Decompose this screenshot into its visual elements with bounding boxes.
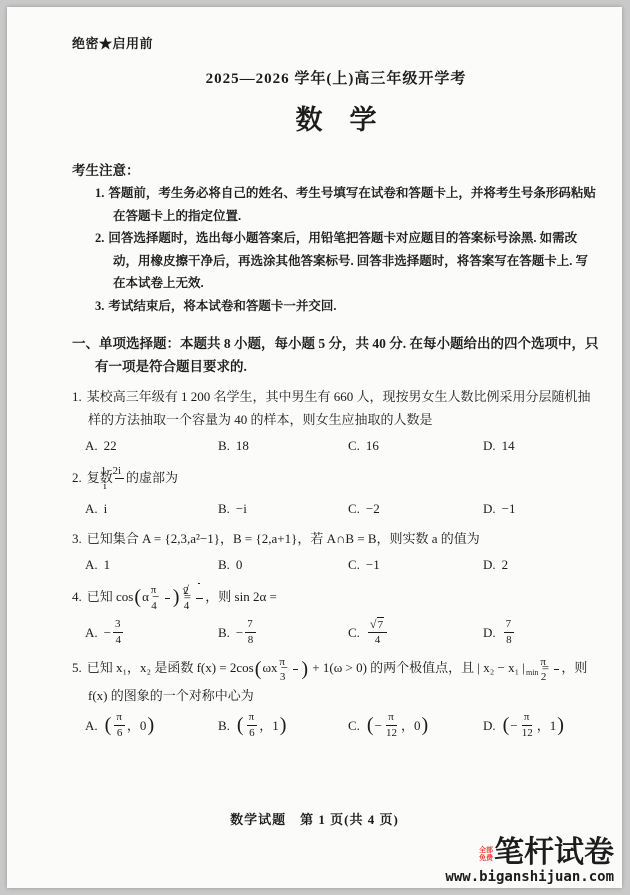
question-stem-text: 已知集合 A = {2,3,a²−1}，B = {2,a+1}，若 A∩B = … [87, 531, 480, 546]
question-stem: 3.已知集合 A = {2,3,a²−1}，B = {2,a+1}，若 A∩B … [72, 527, 600, 550]
question-stem: 5.已知 x₁，x₂ 是函数 f(x) = 2cos(ωx − π3) + 1(… [72, 655, 600, 708]
option-value: (π6，0) [104, 710, 156, 740]
notice-item: 2.回答选择题时，选出每小题答案后，用铅笔把答题卡对应题目的答案标号涂黑. 如需… [95, 227, 600, 295]
option-label: A. [85, 714, 98, 737]
option-value: (−π12，0) [366, 710, 429, 740]
option-value: 2 [502, 553, 509, 576]
notice-item: 1.答题前，考生务必将自己的姓名、考生号填写在试卷和答题卡上，并将考生号条形码粘… [95, 182, 600, 227]
option-label: C. [348, 714, 360, 737]
page-footer: 数学试题 第 1 页(共 4 页) [7, 809, 622, 828]
exam-paper-page: 绝密★启用前 2025—2026 学年(上)高三年级开学考 数 学 考生注意： … [7, 7, 622, 888]
option-label: C. [348, 553, 360, 576]
option-d: D.14 [483, 434, 600, 457]
question-stem-text: 已知 cos(α − π4) = √24，则 sin 2α = [87, 589, 277, 604]
option-value: −2 [366, 497, 380, 520]
option-a: A.−34 [85, 617, 218, 647]
option-d: D.−1 [483, 497, 600, 520]
question-number: 4. [72, 589, 82, 604]
notice-item-number: 2. [95, 231, 104, 245]
option-a: A.1 [85, 553, 218, 576]
option-label: B. [218, 497, 230, 520]
option-c: C.16 [348, 434, 483, 457]
option-value: −34 [104, 617, 126, 647]
question-number: 1. [72, 389, 82, 404]
option-label: B. [218, 621, 230, 644]
option-label: D. [483, 497, 496, 520]
watermark-top-row: 全部免费 笔杆试卷 [445, 838, 614, 868]
option-value: −1 [366, 553, 380, 576]
option-d: D.(−π12，1) [483, 710, 600, 740]
option-c: C.−2 [348, 497, 483, 520]
options-row: A.(π6，0) B.(π6，1) C.(−π12，0) D.(−π12，1) [72, 710, 600, 740]
section-one-heading: 一、单项选择题：本题共 8 小题，每小题 5 分，共 40 分. 在每小题给出的… [72, 332, 600, 378]
option-value: 0 [236, 553, 243, 576]
options-row: A.22 B.18 C.16 D.14 [72, 434, 600, 457]
section-number: 一、 [72, 336, 99, 351]
exam-session-title: 2025—2026 学年(上)高三年级开学考 [72, 67, 600, 88]
question-number: 2. [72, 470, 82, 485]
option-label: A. [85, 621, 98, 644]
option-value: 78 [502, 617, 517, 647]
option-label: B. [218, 553, 230, 576]
option-value: √74 [366, 617, 389, 648]
option-value: 22 [104, 434, 117, 457]
question-5: 5.已知 x₁，x₂ 是函数 f(x) = 2cos(ωx − π3) + 1(… [72, 655, 600, 740]
option-label: B. [218, 714, 230, 737]
option-label: C. [348, 434, 360, 457]
question-stem-text: 复数1−2ii的虚部为 [87, 470, 178, 485]
notice-item-number: 3. [95, 299, 104, 313]
option-label: B. [218, 434, 230, 457]
option-c: C.√74 [348, 617, 483, 648]
question-3: 3.已知集合 A = {2,3,a²−1}，B = {2,a+1}，若 A∩B … [72, 527, 600, 576]
question-number: 5. [72, 660, 82, 675]
option-a: A.i [85, 497, 218, 520]
option-label: D. [483, 434, 496, 457]
options-row: A.i B.−i C.−2 D.−1 [72, 497, 600, 520]
option-value: 14 [502, 434, 515, 457]
question-stem: 1.某校高三年级有 1 200 名学生，其中男生有 660 人，现按男女生人数比… [72, 385, 600, 431]
option-label: A. [85, 434, 98, 457]
question-stem: 4.已知 cos(α − π4) = √24，则 sin 2α = [72, 583, 600, 614]
notice-item-text: 答题前，考生务必将自己的姓名、考生号填写在试卷和答题卡上，并将考生号条形码粘贴在… [108, 186, 596, 223]
question-stem: 2.复数1−2ii的虚部为 [72, 464, 600, 494]
options-row: A.1 B.0 C.−1 D.2 [72, 553, 600, 576]
option-b: B.(π6，1) [218, 710, 348, 740]
option-value: (π6，1) [236, 710, 288, 740]
notice-title: 考生注意： [72, 159, 600, 182]
watermark-url: www.biganshijuan.com [445, 868, 614, 886]
question-2: 2.复数1−2ii的虚部为 A.i B.−i C.−2 D.−1 [72, 464, 600, 520]
candidate-notice: 考生注意： 1.答题前，考生务必将自己的姓名、考生号填写在试卷和答题卡上，并将考… [72, 159, 600, 317]
question-1: 1.某校高三年级有 1 200 名学生，其中男生有 660 人，现按男女生人数比… [72, 385, 600, 457]
option-value: −1 [502, 497, 516, 520]
option-b: B.18 [218, 434, 348, 457]
question-stem-text: 某校高三年级有 1 200 名学生，其中男生有 660 人，现按男女生人数比例采… [87, 389, 591, 427]
option-b: B.0 [218, 553, 348, 576]
option-label: C. [348, 621, 360, 644]
option-c: C.−1 [348, 553, 483, 576]
notice-items: 1.答题前，考生务必将自己的姓名、考生号填写在试卷和答题卡上，并将考生号条形码粘… [72, 182, 600, 317]
option-value: (−π12，1) [502, 710, 565, 740]
options-row: A.−34 B.−78 C.√74 D.78 [72, 617, 600, 648]
watermark: 全部免费 笔杆试卷 www.biganshijuan.com [445, 838, 614, 886]
option-label: C. [348, 497, 360, 520]
option-b: B.−78 [218, 617, 348, 647]
option-b: B.−i [218, 497, 348, 520]
option-a: A.22 [85, 434, 218, 457]
watermark-free-badge: 全部免费 [477, 847, 493, 862]
option-value: i [104, 497, 108, 520]
option-label: D. [483, 714, 496, 737]
question-stem-text: 已知 x₁，x₂ 是函数 f(x) = 2cos(ωx − π3) + 1(ω … [87, 660, 588, 703]
notice-item: 3.考试结束后，将本试卷和答题卡一并交回. [95, 295, 600, 318]
option-c: C.(−π12，0) [348, 710, 483, 740]
option-label: D. [483, 621, 496, 644]
section-heading-text: 单项选择题：本题共 8 小题，每小题 5 分，共 40 分. 在每小题给出的四个… [95, 336, 599, 374]
question-4: 4.已知 cos(α − π4) = √24，则 sin 2α = A.−34 … [72, 583, 600, 648]
option-label: A. [85, 553, 98, 576]
notice-item-text: 回答选择题时，选出每小题答案后，用铅笔把答题卡对应题目的答案标号涂黑. 如需改动… [108, 231, 588, 290]
question-number: 3. [72, 531, 82, 546]
option-value: 16 [366, 434, 379, 457]
option-value: −i [236, 497, 247, 520]
option-a: A.(π6，0) [85, 710, 218, 740]
option-value: 18 [236, 434, 249, 457]
option-label: A. [85, 497, 98, 520]
subject-title: 数 学 [72, 98, 600, 137]
classification-label: 绝密★启用前 [72, 33, 600, 52]
notice-item-text: 考试结束后，将本试卷和答题卡一并交回. [108, 299, 336, 313]
watermark-brand: 笔杆试卷 [494, 838, 614, 868]
option-d: D.78 [483, 617, 600, 647]
option-d: D.2 [483, 553, 600, 576]
option-label: D. [483, 553, 496, 576]
notice-item-number: 1. [95, 186, 104, 200]
option-value: 1 [104, 553, 111, 576]
option-value: −78 [236, 617, 258, 647]
